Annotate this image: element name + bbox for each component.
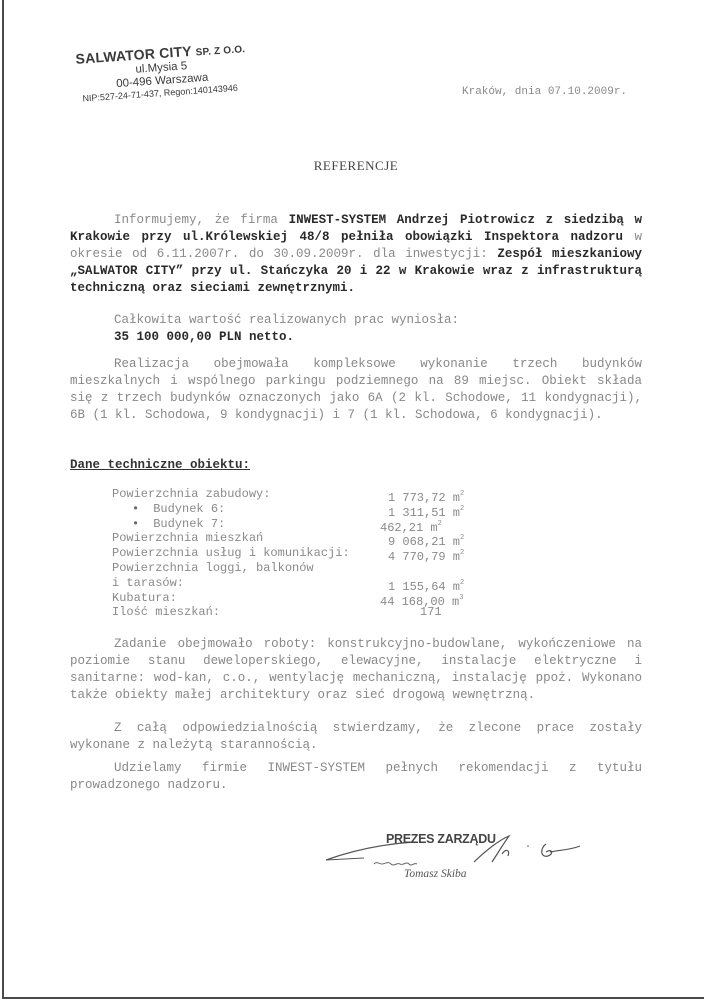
- company-stamp: SALWATOR CITY SP. Z O.O. ul.Mysia 5 00-4…: [60, 38, 263, 105]
- signatory-name: Tomasz Skiba: [404, 868, 467, 880]
- technical-data-value: 1 311,51 m2: [380, 502, 464, 517]
- contract-value: Całkowita wartość realizowanych prac wyn…: [114, 312, 459, 346]
- works-paragraph: Zadanie obejmowało roboty: konstrukcyjno…: [70, 636, 642, 704]
- technical-data-row: Budynek 7:462,21 m2: [112, 517, 464, 532]
- technical-data-value: 462,21 m2: [380, 517, 442, 532]
- technical-data-value: 1 155,64 m2: [380, 576, 464, 591]
- technical-data-label: Budynek 6:: [112, 502, 380, 517]
- technical-data-row: Powierzchnia zabudowy:1 773,72 m2: [112, 487, 464, 502]
- technical-data-value: 1 773,72 m2: [380, 487, 464, 502]
- technical-data-label: Powierzchnia zabudowy:: [112, 487, 380, 502]
- technical-data-label: Budynek 7:: [112, 517, 380, 532]
- intro-paragraph: Informujemy, że firma INWEST-SYSTEM Andr…: [70, 212, 642, 297]
- technical-data-label: Ilość mieszkań:: [112, 605, 380, 620]
- technical-data-value: 171: [380, 605, 442, 620]
- technical-data-heading: Dane techniczne obiektu:: [70, 458, 250, 472]
- contract-value-label: Całkowita wartość realizowanych prac wyn…: [114, 312, 459, 329]
- technical-data-value: 9 068,21 m2: [380, 531, 464, 546]
- technical-data-row: Budynek 6:1 311,51 m2: [112, 502, 464, 517]
- signature-block: PREZES ZARZĄDU Tomasz Skiba: [324, 832, 584, 892]
- technical-data-label: i tarasów:: [112, 576, 380, 591]
- contract-value-amount: 35 100 000,00 PLN netto.: [114, 329, 459, 346]
- document-page: SALWATOR CITY SP. Z O.O. ul.Mysia 5 00-4…: [2, 0, 704, 999]
- technical-data-row: i tarasów:1 155,64 m2: [112, 576, 464, 591]
- technical-data-row: Powierzchnia usług i komunikacji:4 770,7…: [112, 546, 464, 561]
- technical-data-row: Ilość mieszkań:171: [112, 605, 464, 620]
- technical-data-label: Powierzchnia usług i komunikacji:: [112, 546, 380, 561]
- signatory-role: PREZES ZARZĄDU: [386, 832, 496, 846]
- technical-data-label: Powierzchnia loggi, balkonów: [112, 561, 380, 576]
- scope-paragraph: Realizacja obejmowała kompleksowe wykona…: [70, 356, 642, 424]
- technical-data-label: Powierzchnia mieszkań: [112, 531, 380, 546]
- recommendation-paragraph: Udzielamy firmie INWEST-SYSTEM pełnych r…: [70, 760, 642, 794]
- confirmation-paragraph: Z całą odpowiedzialnością stwierdzamy, ż…: [70, 720, 642, 754]
- technical-data-label: Kubatura:: [112, 591, 380, 606]
- technical-data-value: 44 168,00 m3: [380, 591, 463, 606]
- technical-data-list: Powierzchnia zabudowy:1 773,72 m2Budynek…: [112, 487, 464, 620]
- date-line: Kraków, dnia 07.10.2009r.: [462, 86, 627, 98]
- technical-data-value: 4 770,79 m2: [380, 546, 464, 561]
- document-title: REFERENCJE: [4, 158, 704, 174]
- technical-data-row: Kubatura:44 168,00 m3: [112, 591, 464, 606]
- technical-data-row: Powierzchnia mieszkań9 068,21 m2: [112, 531, 464, 546]
